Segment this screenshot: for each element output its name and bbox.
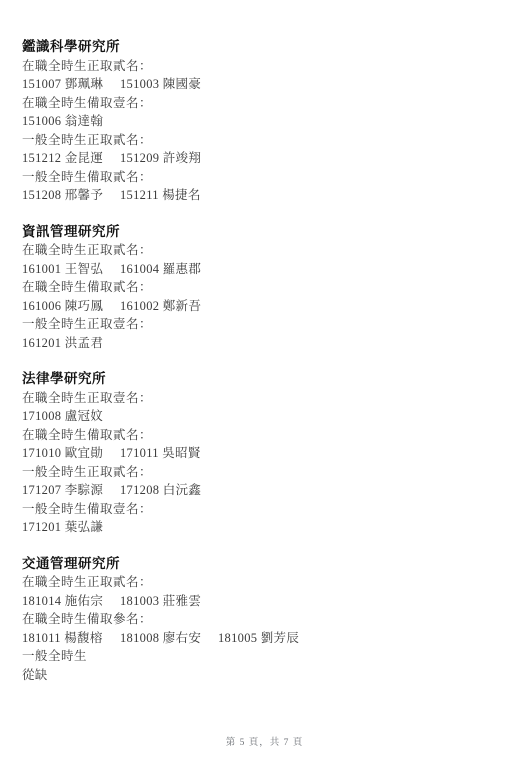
admission-block: 一般全時生正取壹名： 161201 洪孟君: [22, 315, 509, 352]
category-label: 在職全時生正取壹名：: [22, 389, 509, 408]
admitted-entries: 151007 鄧珮琳 151003 陳國豪: [22, 75, 509, 94]
admitted-student: 151003 陳國豪: [120, 75, 218, 94]
admission-block: 一般全時生正取貳名： 171207 李騌源 171208 白沅鑫: [22, 463, 509, 500]
admission-block: 在職全時生備取參名： 181011 楊馥榕 181008 廖右安 181005 …: [22, 610, 509, 647]
admitted-entries: 151208 邢馨予 151211 楊捷名: [22, 186, 509, 205]
category-label: 一般全時生正取貳名：: [22, 131, 509, 150]
admitted-student: 151006 翁達翰: [22, 112, 120, 131]
admitted-student: 161001 王智弘: [22, 260, 120, 279]
admitted-student: 從缺: [22, 666, 120, 685]
admission-block: 一般全時生正取貳名： 151212 金昆運 151209 許竣翔: [22, 131, 509, 168]
admitted-student: 161201 洪孟君: [22, 334, 120, 353]
admission-block: 在職全時生備取壹名： 151006 翁達翰: [22, 94, 509, 131]
category-label: 一般全時生備取貳名：: [22, 168, 509, 187]
admitted-entries: 171207 李騌源 171208 白沅鑫: [22, 481, 509, 500]
institute-blocks: 在職全時生正取貳名： 151007 鄧珮琳 151003 陳國豪 在職全時生備取…: [22, 57, 509, 205]
admission-block: 在職全時生正取貳名： 181014 施佑宗 181003 莊雅雲: [22, 573, 509, 610]
category-label: 在職全時生正取貳名：: [22, 241, 509, 260]
category-label: 一般全時生正取貳名：: [22, 463, 509, 482]
admitted-student: 181011 楊馥榕: [22, 629, 120, 648]
document-page: 鑑識科學研究所 在職全時生正取貳名： 151007 鄧珮琳 151003 陳國豪…: [0, 0, 529, 774]
page-number-text: 第 5 頁，共 7 頁: [226, 738, 304, 748]
admitted-student: 161002 鄭新吾: [120, 297, 218, 316]
institute-section: 鑑識科學研究所 在職全時生正取貳名： 151007 鄧珮琳 151003 陳國豪…: [22, 38, 509, 205]
category-label: 一般全時生正取壹名：: [22, 315, 509, 334]
category-label: 在職全時生正取貳名：: [22, 57, 509, 76]
institute-blocks: 在職全時生正取貳名： 161001 王智弘 161004 羅惠郡 在職全時生備取…: [22, 241, 509, 352]
institute-section: 法律學研究所 在職全時生正取壹名： 171008 盧冠妏 在職全時生備取貳名： …: [22, 370, 509, 537]
category-label: 一般全時生備取壹名：: [22, 500, 509, 519]
admitted-student: 151007 鄧珮琳: [22, 75, 120, 94]
institute-section: 資訊管理研究所 在職全時生正取貳名： 161001 王智弘 161004 羅惠郡…: [22, 223, 509, 353]
institute-blocks: 在職全時生正取壹名： 171008 盧冠妏 在職全時生備取貳名： 171010 …: [22, 389, 509, 537]
category-label: 在職全時生備取貳名：: [22, 426, 509, 445]
admitted-student: 171010 歐宜勛: [22, 444, 120, 463]
admitted-student: 181008 廖右安: [120, 629, 218, 648]
admitted-student: 151211 楊捷名: [120, 186, 218, 205]
admitted-student: 181003 莊雅雲: [120, 592, 218, 611]
admission-block: 一般全時生備取貳名： 151208 邢馨予 151211 楊捷名: [22, 168, 509, 205]
admitted-entries: 161006 陳巧鳳 161002 鄭新吾: [22, 297, 509, 316]
admission-block: 在職全時生備取貳名： 171010 歐宜勛 171011 吳昭賢: [22, 426, 509, 463]
admitted-student: 171208 白沅鑫: [120, 481, 218, 500]
admitted-entries: 151006 翁達翰: [22, 112, 509, 131]
admitted-student: 181014 施佑宗: [22, 592, 120, 611]
admitted-student: 151209 許竣翔: [120, 149, 218, 168]
admission-block: 在職全時生正取壹名： 171008 盧冠妏: [22, 389, 509, 426]
admitted-student: 181005 劉芳辰: [218, 629, 316, 648]
admitted-entries: 161201 洪孟君: [22, 334, 509, 353]
category-label: 一般全時生: [22, 647, 509, 666]
admitted-entries: 181011 楊馥榕 181008 廖右安 181005 劉芳辰: [22, 629, 509, 648]
admission-block: 一般全時生備取壹名： 171201 葉弘謙: [22, 500, 509, 537]
institute-section: 交通管理研究所 在職全時生正取貳名： 181014 施佑宗 181003 莊雅雲…: [22, 555, 509, 685]
admitted-student: 161006 陳巧鳳: [22, 297, 120, 316]
admitted-student: 161004 羅惠郡: [120, 260, 218, 279]
admitted-entries: 從缺: [22, 666, 509, 685]
category-label: 在職全時生備取貳名：: [22, 278, 509, 297]
admission-block: 在職全時生正取貳名： 161001 王智弘 161004 羅惠郡: [22, 241, 509, 278]
admitted-student: 171201 葉弘謙: [22, 518, 120, 537]
institute-title: 法律學研究所: [22, 370, 509, 389]
admission-block: 在職全時生正取貳名： 151007 鄧珮琳 151003 陳國豪: [22, 57, 509, 94]
institute-title: 資訊管理研究所: [22, 223, 509, 242]
admission-block: 在職全時生備取貳名： 161006 陳巧鳳 161002 鄭新吾: [22, 278, 509, 315]
institute-blocks: 在職全時生正取貳名： 181014 施佑宗 181003 莊雅雲 在職全時生備取…: [22, 573, 509, 684]
admitted-student: 171008 盧冠妏: [22, 407, 120, 426]
institute-title: 鑑識科學研究所: [22, 38, 509, 57]
category-label: 在職全時生正取貳名：: [22, 573, 509, 592]
admitted-entries: 161001 王智弘 161004 羅惠郡: [22, 260, 509, 279]
category-label: 在職全時生備取參名：: [22, 610, 509, 629]
admission-list: 鑑識科學研究所 在職全時生正取貳名： 151007 鄧珮琳 151003 陳國豪…: [0, 0, 529, 684]
admitted-entries: 171008 盧冠妏: [22, 407, 509, 426]
admitted-student: 171207 李騌源: [22, 481, 120, 500]
institute-title: 交通管理研究所: [22, 555, 509, 574]
admission-block: 一般全時生 從缺: [22, 647, 509, 684]
admitted-student: 151208 邢馨予: [22, 186, 120, 205]
admitted-entries: 151212 金昆運 151209 許竣翔: [22, 149, 509, 168]
admitted-entries: 171201 葉弘謙: [22, 518, 509, 537]
admitted-student: 171011 吳昭賢: [120, 444, 218, 463]
admitted-entries: 181014 施佑宗 181003 莊雅雲: [22, 592, 509, 611]
page-footer: 第 5 頁，共 7 頁: [0, 734, 529, 748]
admitted-student: 151212 金昆運: [22, 149, 120, 168]
category-label: 在職全時生備取壹名：: [22, 94, 509, 113]
admitted-entries: 171010 歐宜勛 171011 吳昭賢: [22, 444, 509, 463]
